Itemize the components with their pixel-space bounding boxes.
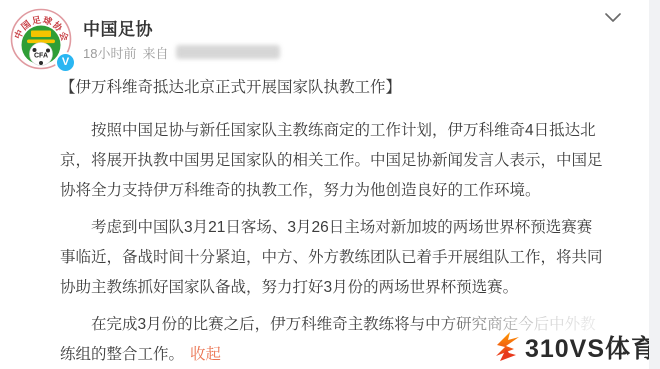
chevron-down-icon[interactable] <box>604 12 622 24</box>
avatar-ball-label: CFA <box>34 53 48 60</box>
post-timestamp: 18小时前 <box>83 43 136 62</box>
post-body: 【伊万科维奇抵达北京正式开展国家队执教工作】 按照中国足协与新任国家队主教练商定… <box>60 73 605 369</box>
author-name[interactable]: 中国足协 <box>83 15 153 40</box>
watermark-text: 310VS体育 <box>525 329 657 365</box>
post-title: 【伊万科维奇抵达北京正式开展国家队执教工作】 <box>60 73 605 103</box>
post-paragraph: 考虑到中国队3月21日客场、3月26日主场对新加坡的两场世界杯预选赛赛事临近，备… <box>60 213 605 303</box>
post-source-redacted <box>176 45 280 59</box>
collapse-link[interactable]: 收起 <box>190 346 221 363</box>
verified-badge-icon: V <box>55 52 76 73</box>
page-edge-strip <box>649 0 660 369</box>
avatar[interactable]: 中国足球协会 CFA V <box>10 8 72 70</box>
watermark-bolt-icon <box>494 331 522 363</box>
post-paragraph: 按照中国足协与新任国家队主教练商定的工作计划，伊万科维奇4日抵达北京，将展开执教… <box>60 116 605 206</box>
watermark: 310VS体育 <box>494 329 657 365</box>
post-source-prefix: 来自 <box>142 43 168 62</box>
weibo-post-card: 中国足球协会 CFA V 中国足协 18小时前 来自 【伊万科维奇抵达北京正式开… <box>0 0 649 369</box>
post-meta: 18小时前 来自 <box>83 44 280 60</box>
